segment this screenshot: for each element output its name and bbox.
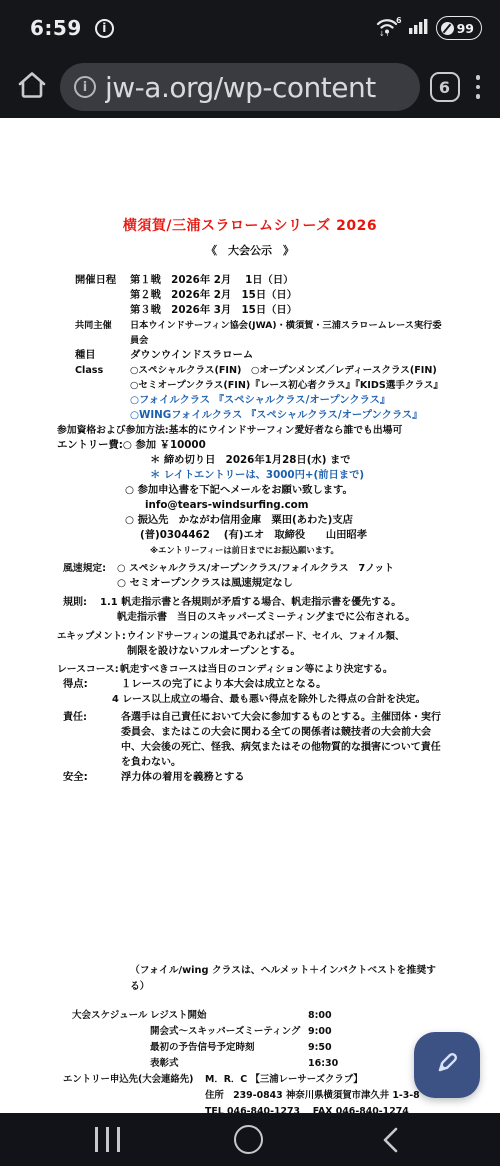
tab-counter[interactable]: 6 bbox=[430, 72, 460, 102]
document-subtitle: 《 大会公示 》 bbox=[57, 242, 443, 258]
doc-line: (普)0304462 (有)エオ 取締役 山田昭孝 bbox=[57, 528, 443, 543]
doc-line: ○セミオープンクラス(FIN)『レース初心者クラス』『KIDS選手クラス』 bbox=[57, 378, 443, 393]
battery-icon: 99 bbox=[436, 16, 482, 40]
battery-percent: 99 bbox=[457, 21, 474, 36]
doc-line: ※エントリーフィーは前日までにお振込願います。 bbox=[57, 543, 443, 558]
doc-line: ＊ 締め切り日 2026年1月28日(水) まで bbox=[57, 453, 443, 468]
home-icon[interactable] bbox=[14, 67, 50, 107]
pencil-icon bbox=[432, 1048, 462, 1082]
doc-line: 参加資格および参加方法:基本的にウインドサーフィン愛好者なら誰でも出場可 bbox=[57, 423, 443, 438]
charging-icon bbox=[441, 22, 454, 35]
doc-line: 風速規定:○ スペシャルクラス/オープンクラス/フォイルクラス 7ノット bbox=[57, 561, 443, 576]
doc-line: 制限を設けないフルオープンとする。 bbox=[57, 644, 443, 659]
system-nav-bar bbox=[0, 1113, 500, 1166]
doc-line: エントリー申込先(大会連絡先)M．R．C 【三浦レーサーズクラブ】 bbox=[57, 1072, 443, 1088]
doc-line: ○ セミオープンクラスは風速規定なし bbox=[57, 576, 443, 591]
blank-space bbox=[57, 785, 443, 948]
doc-line: 大会スケジュールレジスト開始8:00 bbox=[57, 1008, 443, 1024]
wifi6-icon: 6 ↓↑ bbox=[375, 14, 402, 42]
doc-line: 規則:1.1 帆走指示書と各規則が矛盾する場合、帆走指示書を優先する。 bbox=[57, 595, 443, 610]
document-title: 横須賀/三浦スラロームシリーズ 2026 bbox=[57, 215, 443, 235]
url-bar[interactable]: i jw-a.org/wp-content bbox=[60, 63, 420, 111]
clock: 6:59 bbox=[30, 16, 82, 40]
doc-line: 第３戦 2026年 3月 15日（日） bbox=[57, 303, 443, 318]
url-text[interactable]: jw-a.org/wp-content bbox=[105, 71, 376, 104]
announcement-document: 横須賀/三浦スラロームシリーズ 2026 《 大会公示 》 開催日程第１戦 20… bbox=[0, 118, 500, 1113]
doc-line: 安全:浮力体の着用を義務とする bbox=[57, 770, 443, 785]
doc-line: 表彰式16:30 bbox=[57, 1056, 443, 1072]
doc-line: ○WINGフォイルクラス 『スペシャルクラス/オープンクラス』 bbox=[57, 408, 443, 423]
home-circle-icon[interactable] bbox=[234, 1125, 263, 1154]
browser-toolbar: i jw-a.org/wp-content 6 bbox=[0, 56, 500, 118]
doc-line: レースコース:帆走すべきコースは当日のコンディション等により決定する。 bbox=[57, 662, 443, 677]
doc-line: info@tears-windsurfing.com bbox=[57, 498, 443, 513]
doc-line: エキップメント:ウインドサーフィンの道具であればボード、セイル、フォイル類、 bbox=[57, 629, 443, 644]
doc-line: 開催日程第１戦 2026年 2月 1日（日） bbox=[57, 273, 443, 288]
doc-line: 最初の予告信号予定時刻9:50 bbox=[57, 1040, 443, 1056]
doc-line: ○ 参加申込書を下記へメールをお願い致します。 bbox=[57, 483, 443, 498]
doc-line: 得点:１レースの完了により本大会は成立となる。 bbox=[57, 677, 443, 692]
doc-line: 第２戦 2026年 2月 15日（日） bbox=[57, 288, 443, 303]
status-bar: 6:59 i 6 ↓↑ bbox=[0, 0, 500, 56]
status-info-icon: i bbox=[95, 19, 114, 38]
doc-line: TEL 046-840-1273 FAX 046-840-1274 bbox=[57, 1104, 443, 1113]
doc-line: ＊ レイトエントリーは、3000円+(前日まで) bbox=[57, 468, 443, 483]
doc-line: ○フォイルクラス 『スペシャルクラス/オープンクラス』 bbox=[57, 393, 443, 408]
overflow-menu-icon[interactable] bbox=[470, 75, 487, 99]
back-icon[interactable] bbox=[378, 1125, 402, 1159]
doc-line: 住所 239-0843 神奈川県横須賀市津久井 1-3-8 bbox=[57, 1088, 443, 1104]
svg-text:↓↑: ↓↑ bbox=[379, 30, 391, 38]
document-footer: （フォイル/wing クラスは、ヘルメット＋インパクトベストを推奨する）大会スケ… bbox=[57, 963, 443, 1113]
doc-line: （フォイル/wing クラスは、ヘルメット＋インパクトベストを推奨する） bbox=[57, 963, 443, 995]
web-page[interactable]: 横須賀/三浦スラロームシリーズ 2026 《 大会公示 》 開催日程第１戦 20… bbox=[0, 118, 500, 1113]
doc-line: エントリー費:○ 参加 ￥10000 bbox=[57, 438, 443, 453]
doc-line: ○ 振込先 かながわ信用金庫 粟田(あわた)支店 bbox=[57, 513, 443, 528]
doc-line: 共同主催日本ウインドサーフィン協会(JWA)・横須賀・三浦スラロームレース実行委… bbox=[57, 318, 443, 348]
document-body: 開催日程第１戦 2026年 2月 1日（日）第２戦 2026年 2月 15日（日… bbox=[57, 273, 443, 785]
doc-line: 責任:各選手は自己責任において大会に参加するものとする。主催団体・実行委員会、ま… bbox=[57, 710, 443, 770]
page-info-icon[interactable]: i bbox=[74, 76, 96, 98]
svg-text:6: 6 bbox=[396, 16, 402, 25]
phone-screen: 6:59 i 6 ↓↑ bbox=[0, 0, 500, 1166]
signal-icon bbox=[408, 15, 430, 41]
doc-line: 開会式～スキッパーズミーティング9:00 bbox=[57, 1024, 443, 1040]
doc-line: 種目ダウンウインドスラローム bbox=[57, 348, 443, 363]
edit-fab-button[interactable] bbox=[414, 1032, 480, 1098]
recents-icon[interactable] bbox=[95, 1127, 120, 1152]
doc-line: 4 レース以上成立の場合、最も悪い得点を除外した得点の合計を決定。 bbox=[57, 692, 443, 707]
doc-line: Class○スペシャルクラス(FIN) ○オープンメンズ／レディースクラス(FI… bbox=[57, 363, 443, 378]
doc-line: 帆走指示書 当日のスキッパーズミーティングまでに公布される。 bbox=[57, 610, 443, 625]
